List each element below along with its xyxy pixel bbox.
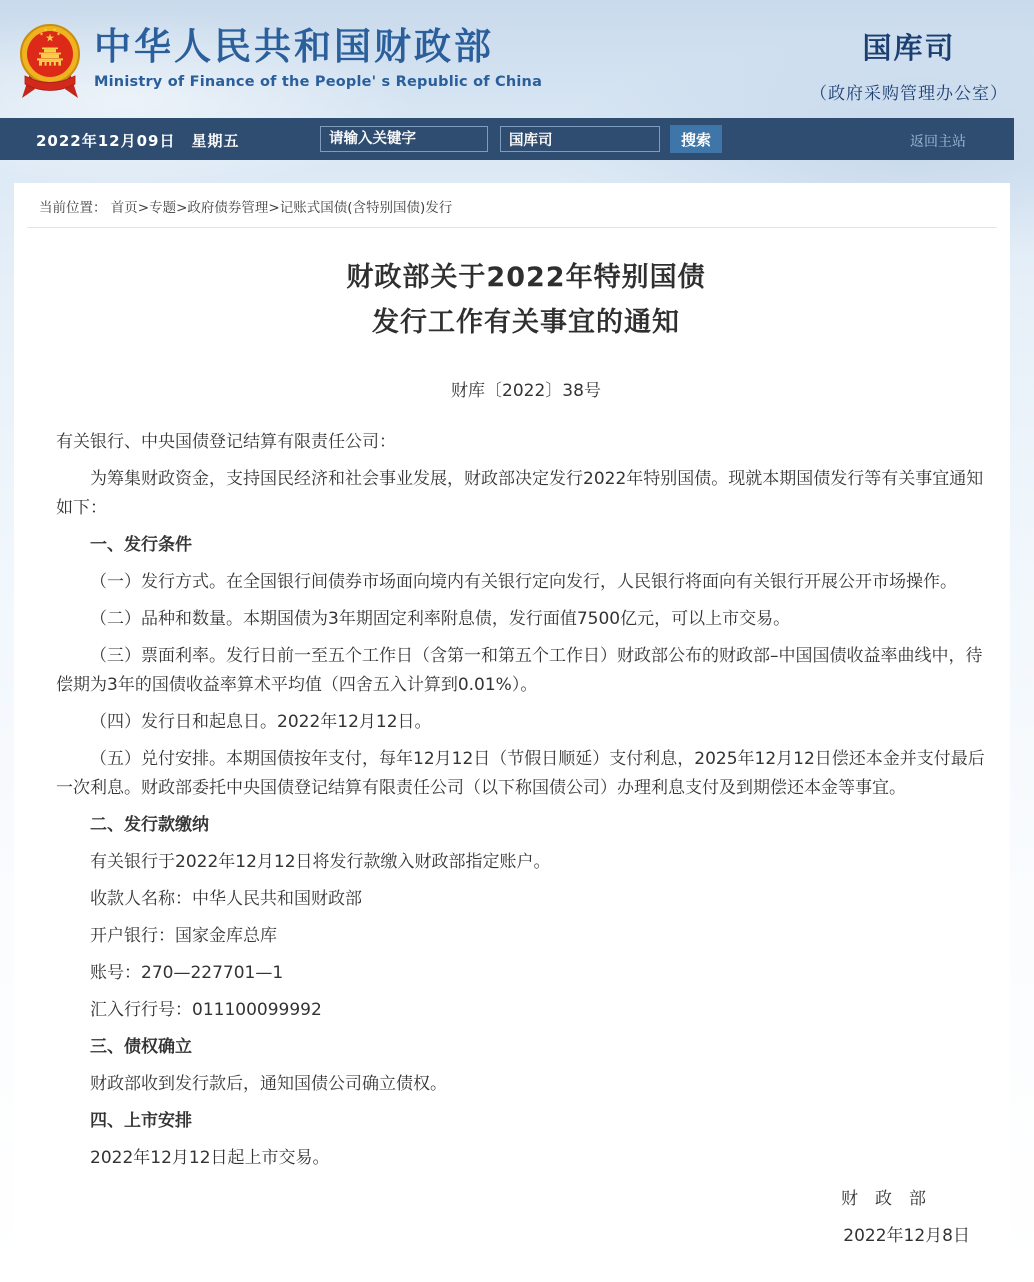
- department-block: 国库司 （政府采购管理办公室）: [810, 26, 1008, 104]
- breadcrumb-bond-management[interactable]: 政府债券管理: [187, 200, 268, 216]
- signature-date: 2022年12月8日: [56, 1222, 996, 1251]
- search-button[interactable]: 搜索: [670, 125, 722, 153]
- section-3-paragraph: 财政部收到发行款后，通知国债公司确立债权。: [56, 1070, 996, 1099]
- document-title: 财政部关于2022年特别国债 发行工作有关事宜的通知: [56, 255, 996, 345]
- article-body: 有关银行、中央国债登记结算有限责任公司： 为筹集财政资金，支持国民经济和社会事业…: [56, 428, 996, 1251]
- site-title-cn: 中华人民共和国财政部: [94, 26, 542, 69]
- document-number: 财库〔2022〕38号: [56, 376, 996, 401]
- account-number-line: 账号：270—227701—1: [56, 959, 996, 988]
- breadcrumb-separator: >: [176, 200, 187, 216]
- search-input[interactable]: [320, 126, 488, 152]
- section-3-heading: 三、债权确立: [56, 1033, 996, 1062]
- nav-bar: 2022年12月09日 星期五 搜索 返回主站: [0, 118, 1014, 160]
- site-logo: 中华人民共和国财政部 Ministry of Finance of the Pe…: [18, 12, 542, 110]
- bank-name-line: 开户银行：国家金库总库: [56, 922, 996, 951]
- document-title-line1: 财政部关于2022年特别国债: [346, 262, 705, 293]
- current-date: 2022年12月09日 星期五: [36, 130, 240, 151]
- intro-paragraph: 为筹集财政资金，支持国民经济和社会事业发展，财政部决定发行2022年特别国债。现…: [56, 465, 996, 523]
- breadcrumb-label: 当前位置：: [39, 200, 107, 216]
- site-header: 中华人民共和国财政部 Ministry of Finance of the Pe…: [0, 0, 1034, 118]
- content-card: 当前位置： 首页>专题>政府债券管理>记账式国债(含特别国债)发行 财政部关于2…: [14, 183, 1010, 1282]
- section-2-paragraph: 有关银行于2022年12月12日将发行款缴入财政部指定账户。: [56, 848, 996, 877]
- notice-article: 财政部关于2022年特别国债 发行工作有关事宜的通知 财库〔2022〕38号 有…: [14, 228, 1010, 1251]
- department-name: 国库司: [810, 26, 1008, 67]
- section-1-item-5: （五）兑付安排。本期国债按年支付，每年12月12日（节假日顺延）支付利息，202…: [56, 745, 996, 803]
- bank-routing-number-line: 汇入行行号：011100099992: [56, 996, 996, 1025]
- search-scope-select[interactable]: [500, 126, 660, 152]
- breadcrumb-current-page: 记账式国债(含特别国债)发行: [280, 200, 453, 216]
- section-2-heading: 二、发行款缴纳: [56, 811, 996, 840]
- site-title-en: Ministry of Finance of the People' s Rep…: [94, 74, 542, 90]
- section-1-item-3: （三）票面利率。发行日前一至五个工作日（含第一和第五个工作日）财政部公布的财政部…: [56, 642, 996, 700]
- breadcrumb: 当前位置： 首页>专题>政府债券管理>记账式国债(含特别国债)发行: [14, 183, 1010, 227]
- breadcrumb-home[interactable]: 首页: [111, 200, 138, 216]
- signature-issuer: 财 政 部: [56, 1185, 996, 1214]
- breadcrumb-separator: >: [268, 200, 279, 216]
- section-1-item-4: （四）发行日和起息日。2022年12月12日。: [56, 708, 996, 737]
- section-4-paragraph: 2022年12月12日起上市交易。: [56, 1144, 996, 1173]
- back-to-main-site-link[interactable]: 返回主站: [910, 131, 966, 151]
- section-4-heading: 四、上市安排: [56, 1107, 996, 1136]
- section-1-heading: 一、发行条件: [56, 531, 996, 560]
- breadcrumb-separator: >: [138, 200, 149, 216]
- national-emblem-icon: [18, 16, 82, 110]
- payee-name-line: 收款人名称：中华人民共和国财政部: [56, 885, 996, 914]
- salutation-paragraph: 有关银行、中央国债登记结算有限责任公司：: [56, 428, 996, 457]
- section-1-item-1: （一）发行方式。在全国银行间债券市场面向境内有关银行定向发行，人民银行将面向有关…: [56, 568, 996, 597]
- department-subtitle: （政府采购管理办公室）: [810, 79, 1008, 104]
- document-title-line2: 发行工作有关事宜的通知: [372, 307, 680, 338]
- section-1-item-2: （二）品种和数量。本期国债为3年期固定利率附息债，发行面值7500亿元，可以上市…: [56, 605, 996, 634]
- breadcrumb-topics[interactable]: 专题: [149, 200, 176, 216]
